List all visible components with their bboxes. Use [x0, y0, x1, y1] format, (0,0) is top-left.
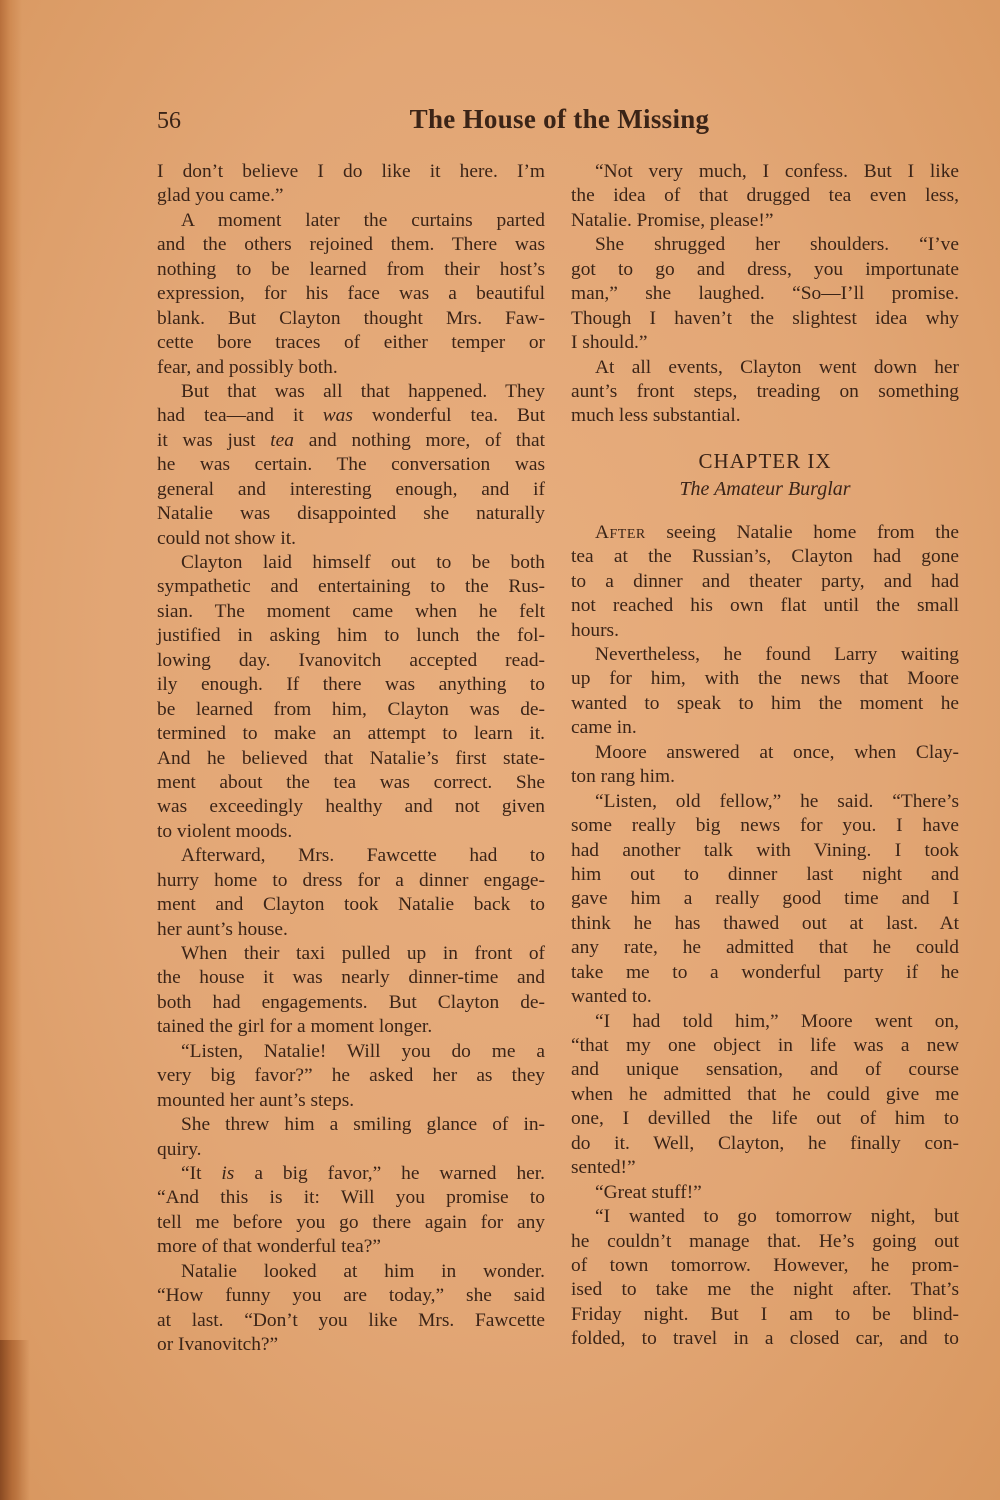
paragraph-start: Afterward, Mrs. Fawcette had to — [157, 844, 545, 868]
paragraph-start: “Not very much, I confess. But I like — [571, 160, 959, 184]
text-line: could not show it. — [157, 527, 545, 551]
paragraph-start: Moore answered at once, when Clay- — [571, 741, 959, 765]
text-line: at last. “Don’t you like Mrs. Fawcette — [157, 1309, 545, 1333]
text-line: not reached his own flat until the small — [571, 594, 959, 618]
text-line: And he believed that Natalie’s first sta… — [157, 747, 545, 771]
text-line: her aunt’s house. — [157, 918, 545, 942]
paragraph-start: Clayton laid himself out to be both — [157, 551, 545, 575]
text-line: I don’t believe I do like it here. I’m — [157, 160, 545, 184]
text-line: more of that wonderful tea?” — [157, 1235, 545, 1259]
text-line: one, I devilled the life out of him to — [571, 1107, 959, 1131]
page-edge-shadow — [0, 0, 22, 1500]
text-line: be learned from him, Clayton was de- — [157, 698, 545, 722]
paragraph-start: “I had told him,” Moore went on, — [571, 1010, 959, 1034]
text-line: had another talk with Vining. I took — [571, 839, 959, 863]
text-line: I should.” — [571, 331, 959, 355]
chapter-opening-word: After — [595, 522, 646, 543]
text-line: up for him, with the news that Moore — [571, 667, 959, 691]
text-line: Though I haven’t the slightest idea why — [571, 307, 959, 331]
paragraph-start: She shrugged her shoulders. “I’ve — [571, 233, 959, 257]
chapter-heading: CHAPTER IX — [571, 449, 959, 475]
paragraph-start: “I wanted to go tomorrow night, but — [571, 1205, 959, 1229]
text-line: ment and Clayton took Natalie back to — [157, 893, 545, 917]
page-header: 56 The House of the Missing — [157, 104, 962, 144]
text-run: seeing Natalie home from the — [646, 522, 959, 543]
text-run: a big favor,” he warned her. — [234, 1163, 545, 1184]
text-line: take me to a wonderful party if he — [571, 961, 959, 985]
text-line: blank. But Clayton thought Mrs. Faw- — [157, 307, 545, 331]
paragraph-start: “Great stuff!” — [571, 1181, 959, 1205]
text-line: some really big news for you. I have — [571, 814, 959, 838]
text-line: think he has thawed out at last. At — [571, 912, 959, 936]
paragraph-start: When their taxi pulled up in front of — [157, 942, 545, 966]
text-line: both had engagements. But Clayton de- — [157, 991, 545, 1015]
text-line: gave him a really good time and I — [571, 887, 959, 911]
text-line: tell me before you go there again for an… — [157, 1211, 545, 1235]
text-line: expression, for his face was a beautiful — [157, 282, 545, 306]
page-corner-stain — [0, 1340, 30, 1500]
text-line: Natalie was disappointed she naturally — [157, 502, 545, 526]
text-line: termined to make an attempt to learn it. — [157, 722, 545, 746]
text-line: “How funny you are today,” she said — [157, 1284, 545, 1308]
text-line: general and interesting enough, and if — [157, 478, 545, 502]
text-line: he couldn’t manage that. He’s going out — [571, 1230, 959, 1254]
text-line: to violent moods. — [157, 820, 545, 844]
paragraph-start: Nevertheless, he found Larry waiting — [571, 643, 959, 667]
text-line: lowing day. Ivanovitch accepted read- — [157, 649, 545, 673]
paragraph-start: “Listen, old fellow,” he said. “There’s — [571, 790, 959, 814]
text-line: ised to take me the night after. That’s — [571, 1278, 959, 1302]
paragraph-start: She threw him a smiling glance of in- — [157, 1113, 545, 1137]
text-line: when he admitted that he could give me — [571, 1083, 959, 1107]
left-column: I don’t believe I do like it here. I’m g… — [157, 160, 545, 1357]
text-line: any rate, he admitted that he could — [571, 936, 959, 960]
paragraph-start: But that was all that happened. They — [157, 380, 545, 404]
italic-emphasis: tea — [270, 430, 294, 451]
paragraph-start: Natalie looked at him in wonder. — [157, 1260, 545, 1284]
text-line: wanted to. — [571, 985, 959, 1009]
text-line: ment about the tea was correct. She — [157, 771, 545, 795]
text-line: had tea—and it was wonderful tea. But — [157, 404, 545, 428]
text-line: it was just tea and nothing more, of tha… — [157, 429, 545, 453]
text-line: fear, and possibly both. — [157, 356, 545, 380]
running-title: The House of the Missing — [157, 104, 962, 135]
text-line: man,” she laughed. “So—I’ll promise. — [571, 282, 959, 306]
text-line: folded, to travel in a closed car, and t… — [571, 1327, 959, 1351]
text-line: hours. — [571, 619, 959, 643]
text-line: of town tomorrow. However, he prom- — [571, 1254, 959, 1278]
text-line: Natalie. Promise, please!” — [571, 209, 959, 233]
italic-emphasis: was — [323, 405, 353, 426]
paragraph-start: “It is a big favor,” he warned her. — [157, 1162, 545, 1186]
paragraph-start: “Listen, Natalie! Will you do me a — [157, 1040, 545, 1064]
text-line: and the others rejoined them. There was — [157, 233, 545, 257]
text-line: the house it was nearly dinner-time and — [157, 966, 545, 990]
text-line: sented!” — [571, 1156, 959, 1180]
text-line: very big favor?” he asked her as they — [157, 1064, 545, 1088]
text-line: “And this is it: Will you promise to — [157, 1186, 545, 1210]
text-run: wonderful tea. But — [353, 405, 545, 426]
text-run: “It — [181, 1163, 221, 1184]
paragraph-start: At all events, Clayton went down her — [571, 356, 959, 380]
text-line: tained the girl for a moment longer. — [157, 1015, 545, 1039]
right-column: “Not very much, I confess. But I like th… — [571, 160, 959, 1352]
text-line: glad you came.” — [157, 184, 545, 208]
text-line: do it. Well, Clayton, he finally con- — [571, 1132, 959, 1156]
text-line: he was certain. The conversation was — [157, 453, 545, 477]
text-line: and unique sensation, and of course — [571, 1058, 959, 1082]
text-line: sian. The moment came when he felt — [157, 600, 545, 624]
text-line: was exceedingly healthy and not given — [157, 795, 545, 819]
text-line: hurry home to dress for a dinner engage- — [157, 869, 545, 893]
text-line: mounted her aunt’s steps. — [157, 1089, 545, 1113]
text-line: nothing to be learned from their host’s — [157, 258, 545, 282]
text-line: the idea of that drugged tea even less, — [571, 184, 959, 208]
text-line: justified in asking him to lunch the fol… — [157, 624, 545, 648]
text-run: and nothing more, of that — [294, 430, 545, 451]
paragraph-start: After seeing Natalie home from the — [571, 521, 959, 545]
text-line: tea at the Russian’s, Clayton had gone — [571, 545, 959, 569]
chapter-subtitle: The Amateur Burglar — [571, 477, 959, 503]
text-line: got to go and dress, you importunate — [571, 258, 959, 282]
text-run: had tea—and it — [157, 405, 323, 426]
paragraph-start: A moment later the curtains parted — [157, 209, 545, 233]
text-line: sympathetic and entertaining to the Rus- — [157, 575, 545, 599]
text-line: “that my one object in life was a new — [571, 1034, 959, 1058]
text-run: it was just — [157, 430, 270, 451]
italic-emphasis: is — [221, 1163, 234, 1184]
text-line: cette bore traces of either temper or — [157, 331, 545, 355]
text-line: aunt’s front steps, treading on somethin… — [571, 380, 959, 404]
text-line: to a dinner and theater party, and had — [571, 570, 959, 594]
text-line: Friday night. But I am to be blind- — [571, 1303, 959, 1327]
text-line: ily enough. If there was anything to — [157, 673, 545, 697]
text-line: came in. — [571, 716, 959, 740]
text-line: wanted to speak to him the moment he — [571, 692, 959, 716]
text-line: ton rang him. — [571, 765, 959, 789]
text-line: quiry. — [157, 1138, 545, 1162]
text-line: him out to dinner last night and — [571, 863, 959, 887]
text-line: much less substantial. — [571, 404, 959, 428]
text-line: or Ivanovitch?” — [157, 1333, 545, 1357]
